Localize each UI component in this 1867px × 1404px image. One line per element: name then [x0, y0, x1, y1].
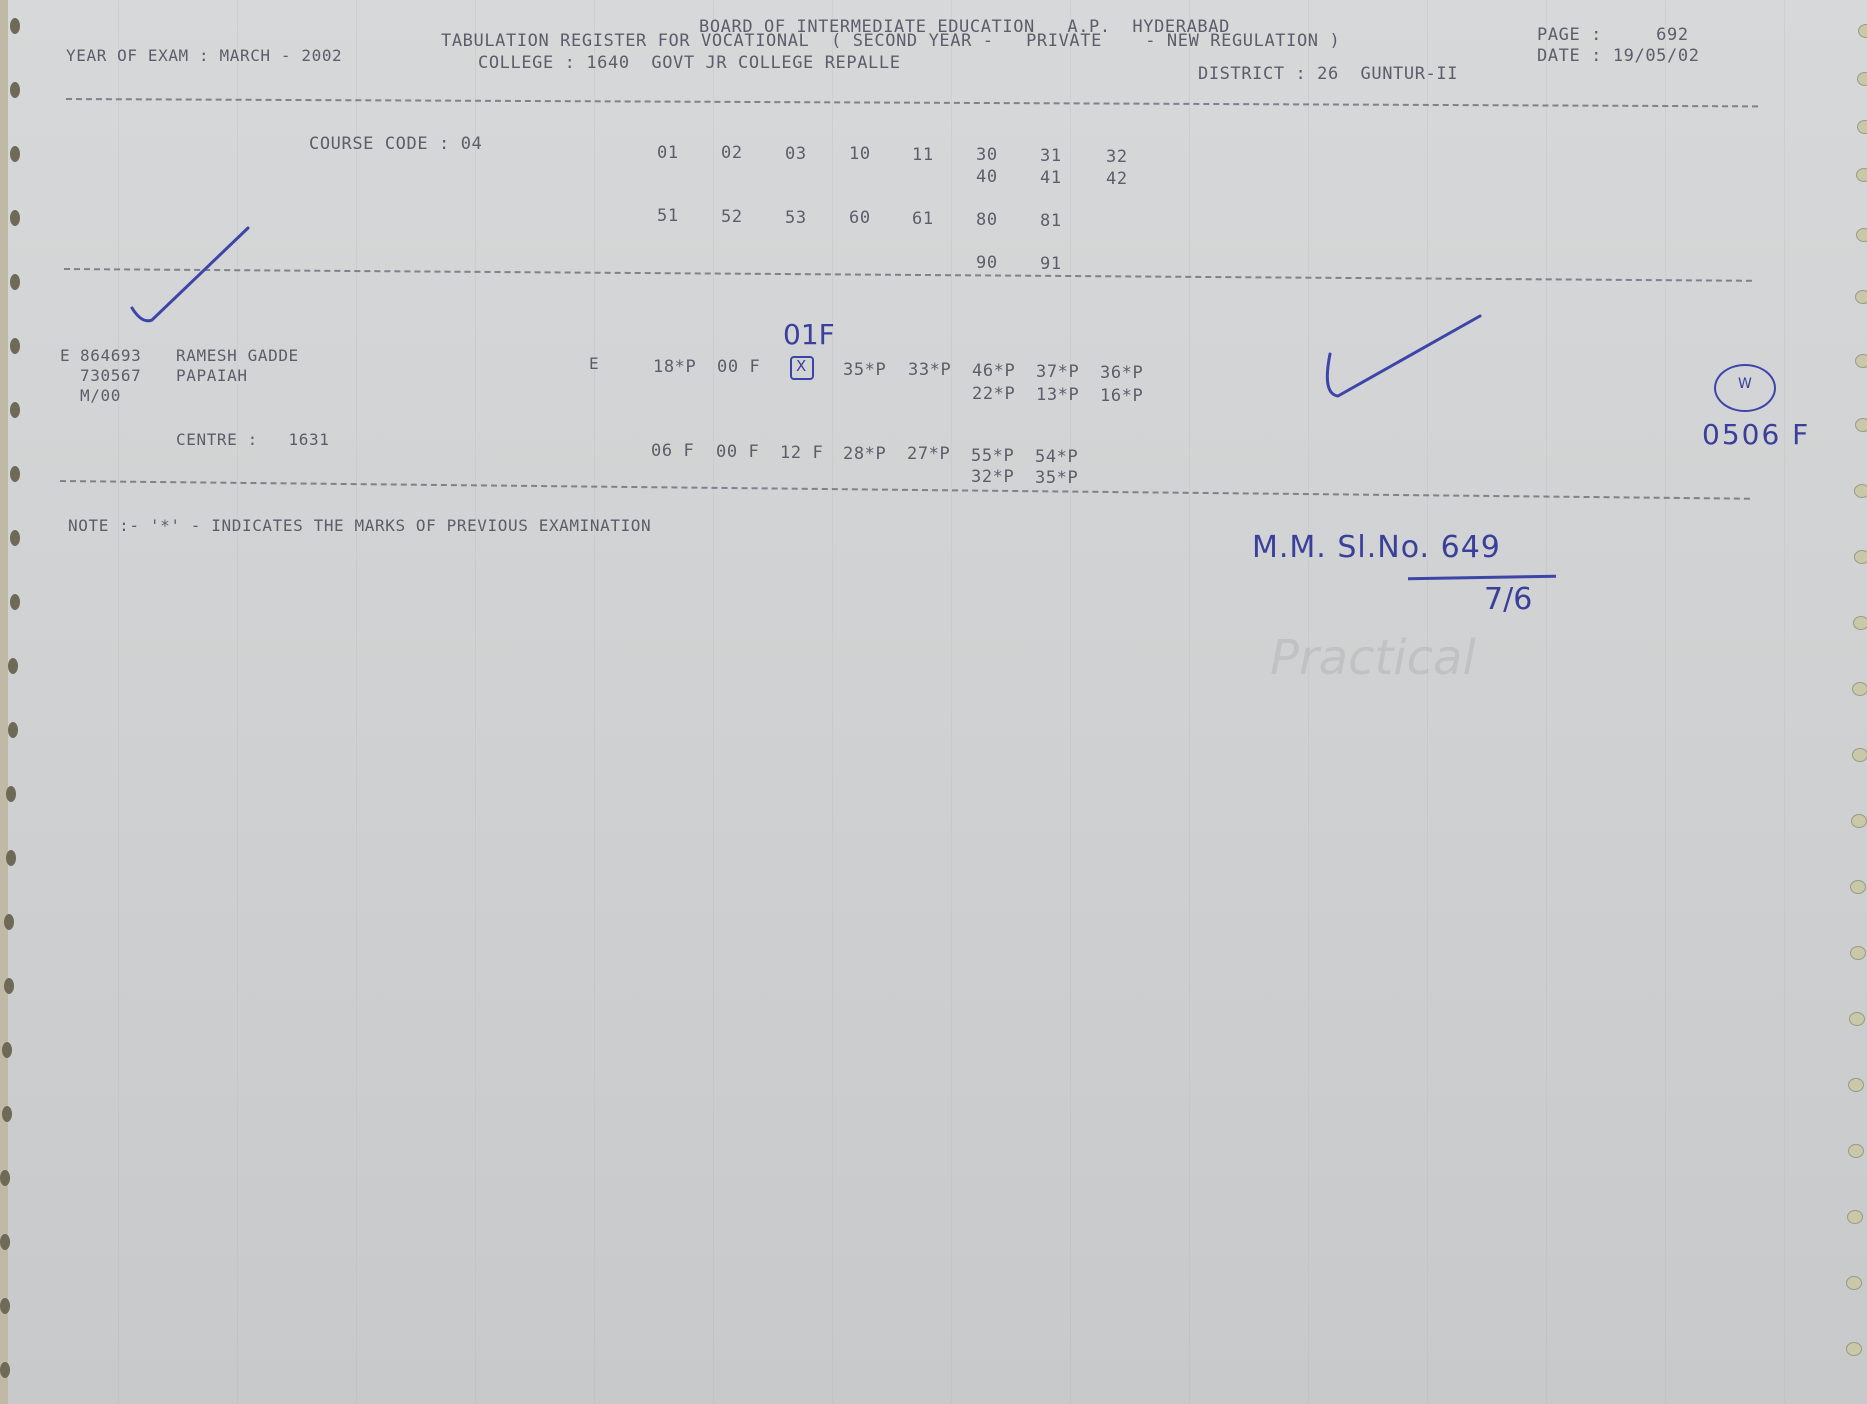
mark: 33*P [908, 360, 951, 380]
mark: 18*P [653, 357, 696, 377]
register-title: TABULATION REGISTER FOR VOCATIONAL ( SEC… [441, 31, 1340, 51]
feed-hole [1857, 72, 1867, 86]
mark: 00 F [717, 357, 760, 377]
boxed-mark: X [790, 356, 814, 380]
mark: 06 F [651, 441, 694, 461]
candidate-id2: 730567 [80, 366, 141, 385]
sex-code: M/00 [80, 386, 121, 405]
feed-hole [10, 402, 20, 418]
handwritten-mark: 01F [783, 318, 835, 351]
feed-hole [1851, 814, 1867, 828]
feed-hole [6, 786, 16, 802]
subject-code: 10 [849, 144, 871, 164]
subject-code: 52 [721, 207, 743, 227]
district-line: DISTRICT : 26 GUNTUR-II [1198, 64, 1458, 84]
college-line: COLLEGE : 1640 GOVT JR COLLEGE REPALLE [478, 53, 901, 73]
mark: 12 F [780, 443, 823, 463]
feed-hole [2, 1106, 12, 1122]
subject-code: 41 [1040, 168, 1062, 188]
memo-denominator: 7/6 [1484, 582, 1532, 617]
mark: 28*P [843, 444, 886, 464]
mark: 13*P [1036, 385, 1079, 405]
subject-code: 11 [912, 145, 934, 165]
feed-hole [10, 146, 20, 162]
feed-hole [2, 1042, 12, 1058]
mark: 16*P [1100, 386, 1143, 406]
circled-annotation: W [1714, 364, 1776, 412]
feed-hole [8, 722, 18, 738]
feed-hole [10, 82, 20, 98]
feed-hole [10, 18, 20, 34]
checkmark-icon [120, 220, 260, 330]
feed-hole [1856, 228, 1867, 242]
fraction-line [1408, 575, 1556, 581]
feed-hole [1855, 290, 1867, 304]
subject-code: 90 [976, 253, 998, 273]
feed-hole [1855, 418, 1867, 432]
feed-hole [10, 338, 20, 354]
mark: 32*P [971, 467, 1014, 487]
reg-prefix: E [60, 346, 70, 365]
header-divider [66, 98, 1758, 107]
mark: 35*P [1035, 468, 1078, 488]
memo-number: M.M. Sl.No. 649 [1252, 530, 1501, 565]
feed-hole [10, 466, 20, 482]
print-date: DATE : 19/05/02 [1537, 46, 1700, 66]
subject-code: 91 [1040, 254, 1062, 274]
checkmark-icon [1320, 310, 1490, 406]
feed-hole [1856, 168, 1867, 182]
subject-code: 61 [912, 209, 934, 229]
candidate-name: RAMESH GADDE [176, 346, 299, 365]
father-name: PAPAIAH [176, 366, 248, 385]
feed-hole [6, 850, 16, 866]
feed-hole [0, 1298, 10, 1314]
course-divider [64, 268, 1752, 282]
mark: 35*P [843, 360, 886, 380]
subject-code: 40 [976, 167, 998, 187]
mark: 36*P [1100, 363, 1143, 383]
boxed-mark-letter: X [796, 357, 806, 375]
feed-hole [0, 1170, 10, 1186]
feed-hole [1857, 120, 1867, 134]
feed-hole [1853, 616, 1867, 630]
feed-hole [1858, 24, 1867, 38]
result-code: 0506 F [1702, 418, 1810, 451]
subject-code: 51 [657, 206, 679, 226]
mark: 37*P [1036, 362, 1079, 382]
subject-code: 81 [1040, 211, 1062, 231]
subject-code: 60 [849, 208, 871, 228]
year-of-exam: YEAR OF EXAM : MARCH - 2002 [66, 46, 342, 65]
mark: 27*P [907, 444, 950, 464]
paper-left-edge [0, 0, 8, 1404]
feed-hole [1854, 550, 1867, 564]
course-code: COURSE CODE : 04 [309, 134, 482, 154]
feed-hole [1848, 1144, 1864, 1158]
record-divider [60, 480, 1750, 500]
subject-code: 80 [976, 210, 998, 230]
mark: 00 F [716, 442, 759, 462]
mark: 54*P [1035, 447, 1078, 467]
mark: 46*P [972, 361, 1015, 381]
feed-hole [1852, 682, 1867, 696]
feed-hole [10, 210, 20, 226]
footnote: NOTE :- '*' - INDICATES THE MARKS OF PRE… [68, 516, 651, 535]
feed-hole [4, 978, 14, 994]
feed-hole [1847, 1210, 1863, 1224]
feed-hole [1855, 354, 1867, 368]
tabulation-register-sheet: YEAR OF EXAM : MARCH - 2002 BOARD OF INT… [0, 0, 1867, 1404]
feed-hole [0, 1234, 10, 1250]
feed-hole [1846, 1342, 1862, 1356]
mark: 22*P [972, 384, 1015, 404]
faint-handwriting: Practical [1270, 630, 1476, 686]
subject-code: 42 [1106, 169, 1128, 189]
feed-hole [1849, 1012, 1865, 1026]
reg-number: 864693 [80, 346, 141, 365]
feed-hole [0, 1362, 10, 1378]
subject-code: 03 [785, 144, 807, 164]
feed-hole [10, 274, 20, 290]
medium: E [589, 354, 599, 373]
feed-hole [1850, 880, 1866, 894]
subject-code: 02 [721, 143, 743, 163]
subject-code: 53 [785, 208, 807, 228]
feed-hole [1848, 1078, 1864, 1092]
feed-hole [1846, 1276, 1862, 1290]
page-number: PAGE : 692 [1537, 25, 1689, 45]
feed-hole [8, 658, 18, 674]
subject-code: 30 [976, 145, 998, 165]
subject-code: 32 [1106, 147, 1128, 167]
feed-hole [1850, 946, 1866, 960]
feed-hole [1852, 748, 1867, 762]
mark: 55*P [971, 446, 1014, 466]
feed-hole [10, 530, 20, 546]
feed-hole [4, 914, 14, 930]
centre: CENTRE : 1631 [176, 430, 330, 449]
feed-hole [10, 594, 20, 610]
circled-letter: W [1738, 376, 1752, 392]
subject-code: 31 [1040, 146, 1062, 166]
subject-code: 01 [657, 143, 679, 163]
feed-hole [1854, 484, 1867, 498]
